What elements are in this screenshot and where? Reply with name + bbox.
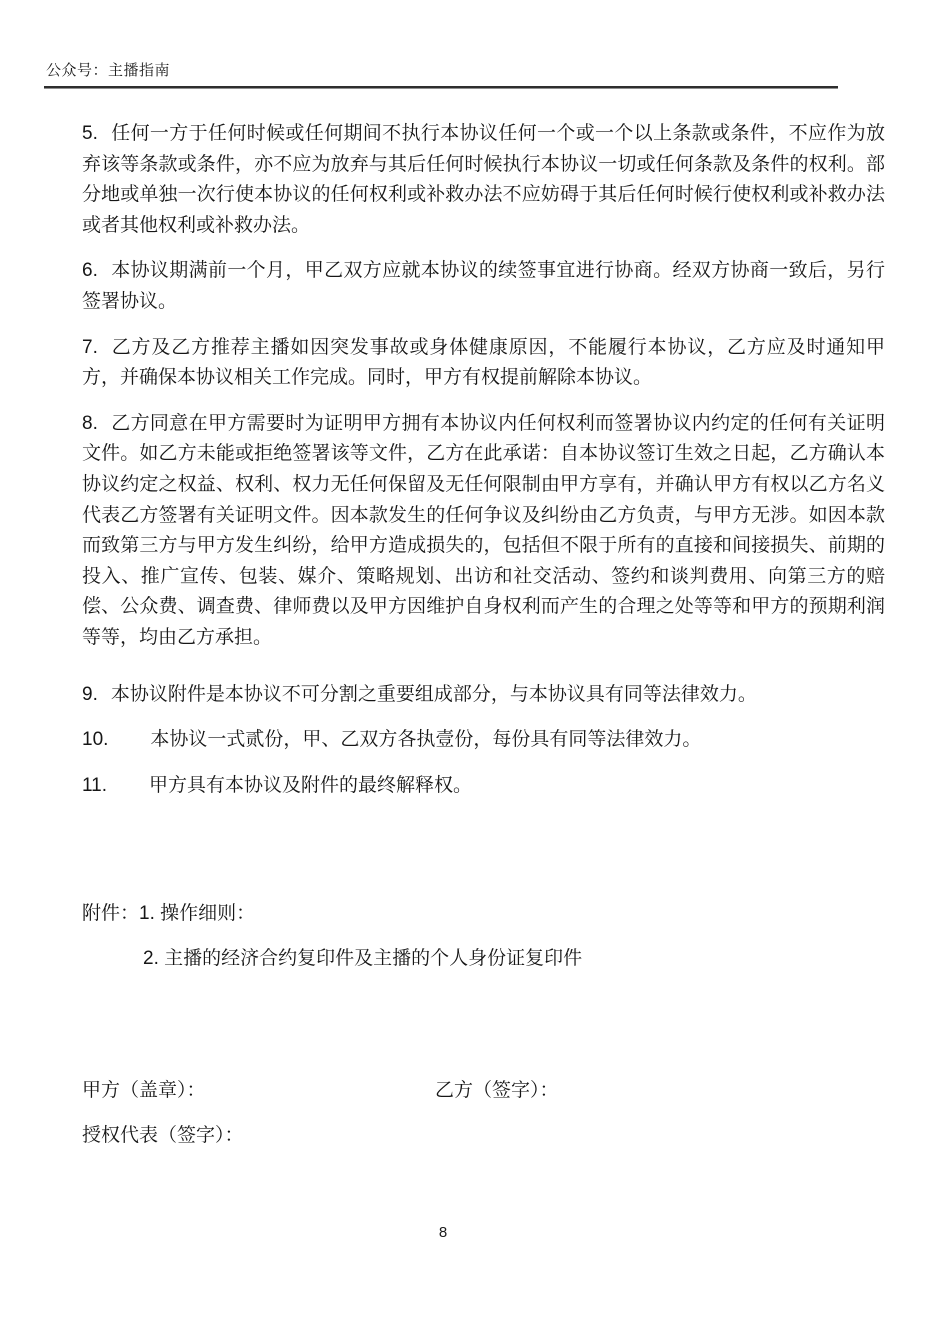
- clause-10: 10.本协议一式贰份，甲、乙双方各执壹份，每份具有同等法律效力。: [82, 725, 885, 756]
- marker-spacer: [98, 275, 111, 276]
- marker-spacer: [107, 790, 149, 791]
- authorized-representative-label: 授权代表（签字）：: [82, 1121, 885, 1152]
- clause-7: 7.乙方及乙方推荐主播如因突发事故或身体健康原因，不能履行本协议，乙方应及时通知…: [82, 333, 885, 394]
- clause-text: 本协议附件是本协议不可分割之重要组成部分，与本协议具有同等法律效力。: [111, 684, 757, 705]
- clause-number: 11.: [82, 775, 107, 796]
- marker-spacer: [108, 744, 150, 745]
- party-b-signature-label: 乙方（签字）：: [435, 1076, 559, 1107]
- clause-number: 5.: [82, 123, 98, 144]
- clause-number: 9.: [82, 684, 98, 705]
- marker-spacer: [98, 428, 111, 429]
- marker-spacer: [98, 352, 111, 353]
- document-page: 公众号：主播指南 5.任何一方于任何时候或任何期间不执行本协议任何一个或一个以上…: [0, 0, 950, 1344]
- clause-number: 10.: [82, 729, 108, 750]
- clause-9: 9.本协议附件是本协议不可分割之重要组成部分，与本协议具有同等法律效力。: [82, 680, 885, 711]
- clause-text: 本协议一式贰份，甲、乙双方各执壹份，每份具有同等法律效力。: [150, 729, 701, 750]
- clause-number: 6.: [82, 260, 98, 281]
- marker-spacer: [98, 138, 111, 139]
- page-number: 8: [428, 1224, 458, 1241]
- document-body: 5.任何一方于任何时候或任何期间不执行本协议任何一个或一个以上条款或条件，不应作…: [82, 119, 885, 1152]
- clause-number: 7.: [82, 337, 98, 358]
- clause-text: 乙方及乙方推荐主播如因突发事故或身体健康原因，不能履行本协议，乙方应及时通知甲方…: [82, 337, 885, 389]
- clause-text: 乙方同意在甲方需要时为证明甲方拥有本协议内任何权利而签署协议内约定的任何有关证明…: [82, 413, 885, 648]
- marker-spacer: [98, 699, 111, 700]
- signature-row: 甲方（盖章）： 乙方（签字）：: [82, 1076, 885, 1107]
- header-divider: [44, 86, 838, 89]
- clause-8: 8.乙方同意在甲方需要时为证明甲方拥有本协议内任何权利而签署协议内约定的任何有关…: [82, 409, 885, 654]
- clause-5: 5.任何一方于任何时候或任何期间不执行本协议任何一个或一个以上条款或条件，不应作…: [82, 119, 885, 241]
- clause-text: 任何一方于任何时候或任何期间不执行本协议任何一个或一个以上条款或条件，不应作为放…: [82, 123, 885, 236]
- attachments-item-2: 2. 主播的经济合约复印件及主播的个人身份证复印件: [143, 944, 885, 975]
- header-label: 公众号：主播指南: [46, 62, 170, 79]
- party-a-seal-label: 甲方（盖章）：: [82, 1076, 206, 1107]
- clause-text: 本协议期满前一个月，甲乙双方应就本协议的续签事宜进行协商。经双方协商一致后，另行…: [82, 260, 885, 312]
- clause-text: 甲方具有本协议及附件的最终解释权。: [149, 775, 472, 796]
- clause-number: 8.: [82, 413, 98, 434]
- page-header: 公众号：主播指南: [46, 61, 170, 80]
- clause-6: 6.本协议期满前一个月，甲乙双方应就本协议的续签事宜进行协商。经双方协商一致后，…: [82, 256, 885, 317]
- attachments-heading: 附件：1. 操作细则：: [82, 899, 885, 930]
- clause-11: 11.甲方具有本协议及附件的最终解释权。: [82, 771, 885, 802]
